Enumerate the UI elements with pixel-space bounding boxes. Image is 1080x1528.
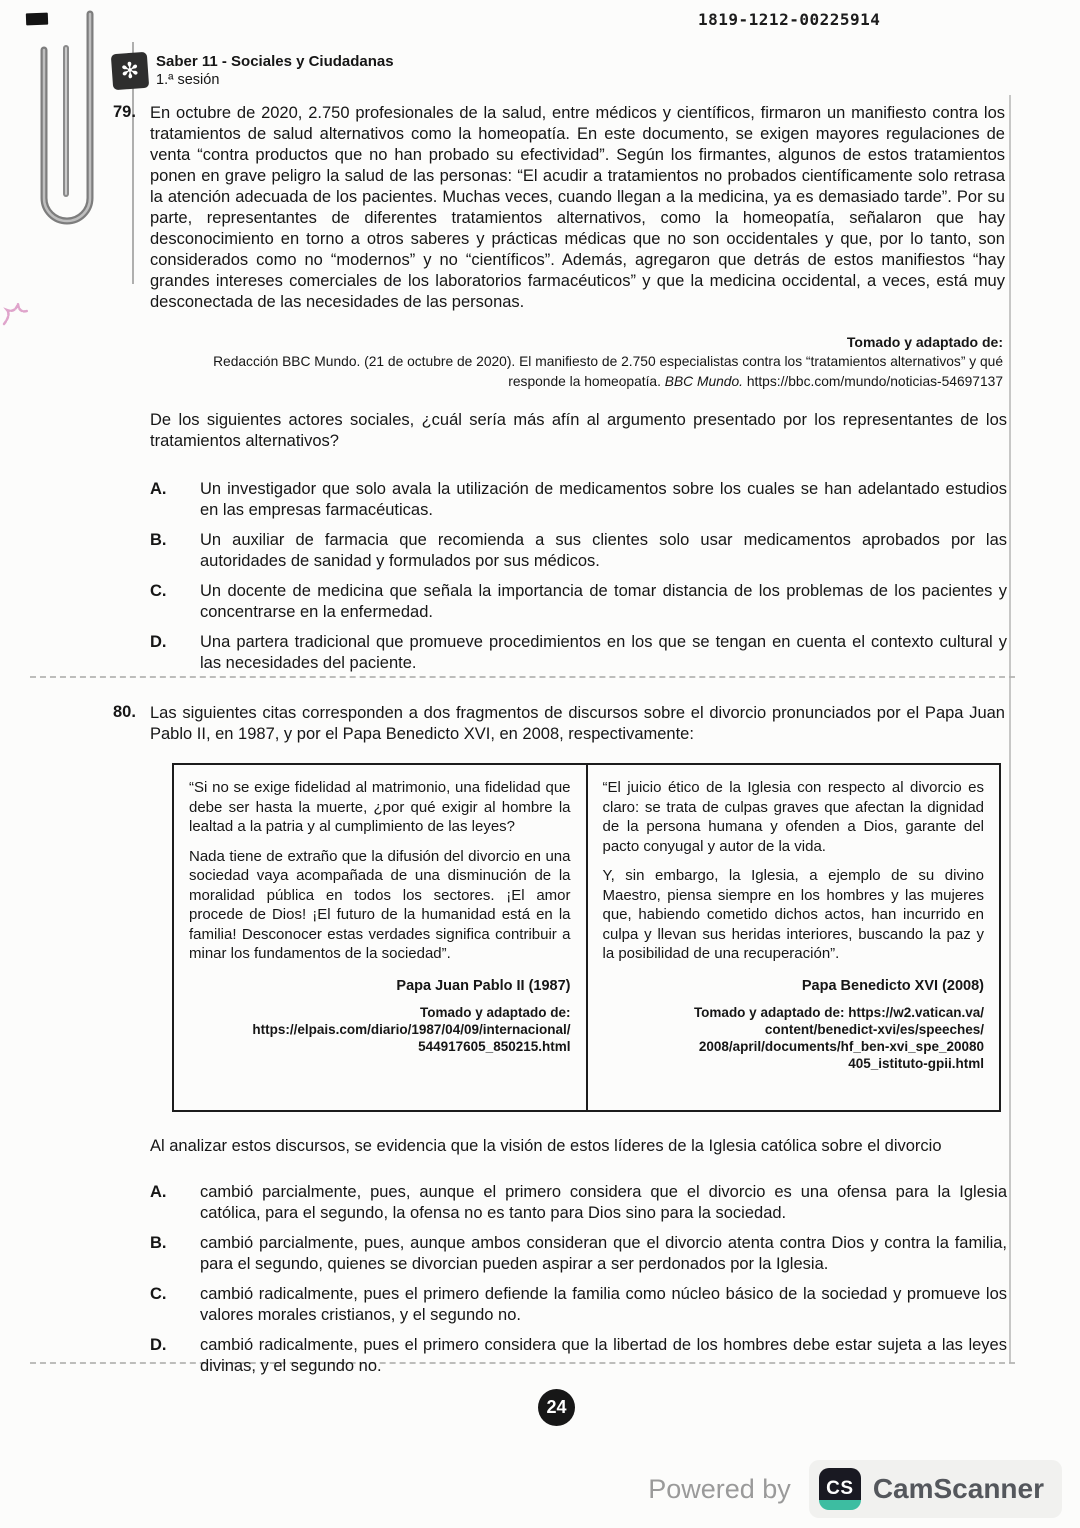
option-text: Una partera tradicional que promueve pro… bbox=[200, 632, 1007, 674]
source-line: Tomado y adaptado de: bbox=[189, 1004, 571, 1021]
option-d: D. Una partera tradicional que promueve … bbox=[150, 632, 1007, 674]
quote-source: Tomado y adaptado de: https://w2.vatican… bbox=[603, 1004, 985, 1072]
question-80-intro: Las siguientes citas corresponden a dos … bbox=[150, 703, 1005, 745]
source-url: https://bbc.com/mundo/noticias-54697137 bbox=[743, 374, 1003, 389]
option-text: cambió parcialmente, pues, aunque ambos … bbox=[200, 1233, 1007, 1275]
source-line: Tomado y adaptado de: https://w2.vatican… bbox=[603, 1004, 985, 1021]
exam-title: Saber 11 - Sociales y Ciudadanas bbox=[156, 53, 394, 71]
pink-scribble-artifact bbox=[0, 290, 30, 330]
option-letter: C. bbox=[150, 581, 200, 623]
paperclip-icon bbox=[24, 6, 108, 254]
option-text: cambió radicalmente, pues el primero con… bbox=[200, 1335, 1007, 1377]
question-80-options: A. cambió parcialmente, pues, aunque el … bbox=[150, 1182, 1007, 1386]
option-letter: C. bbox=[150, 1284, 200, 1326]
booklet-code: 1819-1212-00225914 bbox=[698, 10, 880, 29]
icfes-logo-icon: ✻ bbox=[111, 52, 149, 90]
question-80: 80. Las siguientes citas corresponden a … bbox=[113, 703, 1005, 745]
question-number: 80. bbox=[113, 703, 150, 745]
exam-header-text: Saber 11 - Sociales y Ciudadanas 1.ª ses… bbox=[156, 53, 394, 89]
option-b: B. Un auxiliar de farmacia que recomiend… bbox=[150, 530, 1007, 572]
option-text: Un auxiliar de farmacia que recomienda a… bbox=[200, 530, 1007, 572]
quote-paragraph: “El juicio ético de la Iglesia con respe… bbox=[603, 778, 985, 856]
page-edge-line bbox=[1009, 95, 1011, 1363]
camscanner-footer: Powered by CS CamScanner bbox=[0, 1460, 1062, 1518]
option-letter: B. bbox=[150, 530, 200, 572]
quote-paragraph: Y, sin embargo, la Iglesia, a ejemplo de… bbox=[603, 866, 985, 964]
source-line: content/benedict-xvi/es/speeches/ bbox=[603, 1021, 985, 1038]
page-number-badge: 24 bbox=[538, 1389, 575, 1426]
question-79-source: Tomado y adaptado de: Redacción BBC Mund… bbox=[150, 332, 1003, 392]
exam-header: ✻ Saber 11 - Sociales y Ciudadanas 1.ª s… bbox=[112, 53, 394, 89]
option-b: B. cambió parcialmente, pues, aunque amb… bbox=[150, 1233, 1007, 1275]
option-text: Un docente de medicina que señala la imp… bbox=[200, 581, 1007, 623]
question-79-options: A. Un investigador que solo avala la uti… bbox=[150, 479, 1007, 683]
question-79-stem: De los siguientes actores sociales, ¿cuá… bbox=[150, 410, 1007, 452]
option-letter: A. bbox=[150, 1182, 200, 1224]
quote-paragraph: “Si no se exige fidelidad al matrimonio,… bbox=[189, 778, 571, 837]
source-publication: BBC Mundo. bbox=[665, 374, 743, 389]
source-label: Tomado y adaptado de: bbox=[150, 332, 1003, 352]
source-line: Redacción BBC Mundo. (21 de octubre de 2… bbox=[150, 352, 1003, 372]
quotes-table: “Si no se exige fidelidad al matrimonio,… bbox=[172, 763, 1001, 1112]
option-c: C. Un docente de medicina que señala la … bbox=[150, 581, 1007, 623]
powered-by-label: Powered by bbox=[648, 1474, 791, 1505]
option-d: D. cambió radicalmente, pues el primero … bbox=[150, 1335, 1007, 1377]
option-letter: B. bbox=[150, 1233, 200, 1275]
question-79: 79. En octubre de 2020, 2.750 profesiona… bbox=[113, 103, 1005, 313]
source-text: responde la homeopatía. bbox=[508, 374, 664, 389]
camscanner-badge: CS CamScanner bbox=[809, 1460, 1062, 1518]
source-line: responde la homeopatía. BBC Mundo. https… bbox=[150, 372, 1003, 392]
exam-session: 1.ª sesión bbox=[156, 71, 394, 89]
quote-attribution: Papa Benedicto XVI (2008) bbox=[603, 978, 985, 994]
quote-cell-juan-pablo: “Si no se exige fidelidad al matrimonio,… bbox=[174, 765, 586, 1110]
source-line: 544917605_850215.html bbox=[189, 1038, 571, 1055]
option-a: A. cambió parcialmente, pues, aunque el … bbox=[150, 1182, 1007, 1224]
option-letter: D. bbox=[150, 632, 200, 674]
quote-cell-benedicto: “El juicio ético de la Iglesia con respe… bbox=[586, 765, 1000, 1110]
option-letter: A. bbox=[150, 479, 200, 521]
option-text: cambió parcialmente, pues, aunque el pri… bbox=[200, 1182, 1007, 1224]
quote-source: Tomado y adaptado de: https://elpais.com… bbox=[189, 1004, 571, 1055]
quote-paragraph: Nada tiene de extraño que la difusión de… bbox=[189, 847, 571, 964]
option-a: A. Un investigador que solo avala la uti… bbox=[150, 479, 1007, 521]
option-text: cambió radicalmente, pues el primero def… bbox=[200, 1284, 1007, 1326]
option-text: Un investigador que solo avala la utiliz… bbox=[200, 479, 1007, 521]
source-line: 2008/april/documents/hf_ben-xvi_spe_2008… bbox=[603, 1038, 985, 1055]
source-line: 405_istituto-gpii.html bbox=[603, 1055, 985, 1072]
question-80-stem: Al analizar estos discursos, se evidenci… bbox=[150, 1136, 1014, 1157]
camscanner-logo-icon: CS bbox=[819, 1468, 861, 1510]
scanned-exam-page: 1819-1212-00225914 ✻ Saber 11 - Sociales… bbox=[0, 0, 1080, 1528]
question-79-body: En octubre de 2020, 2.750 profesionales … bbox=[150, 103, 1005, 313]
quote-attribution: Papa Juan Pablo II (1987) bbox=[189, 978, 571, 994]
option-letter: D. bbox=[150, 1335, 200, 1377]
option-c: C. cambió radicalmente, pues el primero … bbox=[150, 1284, 1007, 1326]
source-line: https://elpais.com/diario/1987/04/09/int… bbox=[189, 1021, 571, 1038]
question-number: 79. bbox=[113, 103, 150, 313]
camscanner-brand-label: CamScanner bbox=[873, 1473, 1044, 1505]
